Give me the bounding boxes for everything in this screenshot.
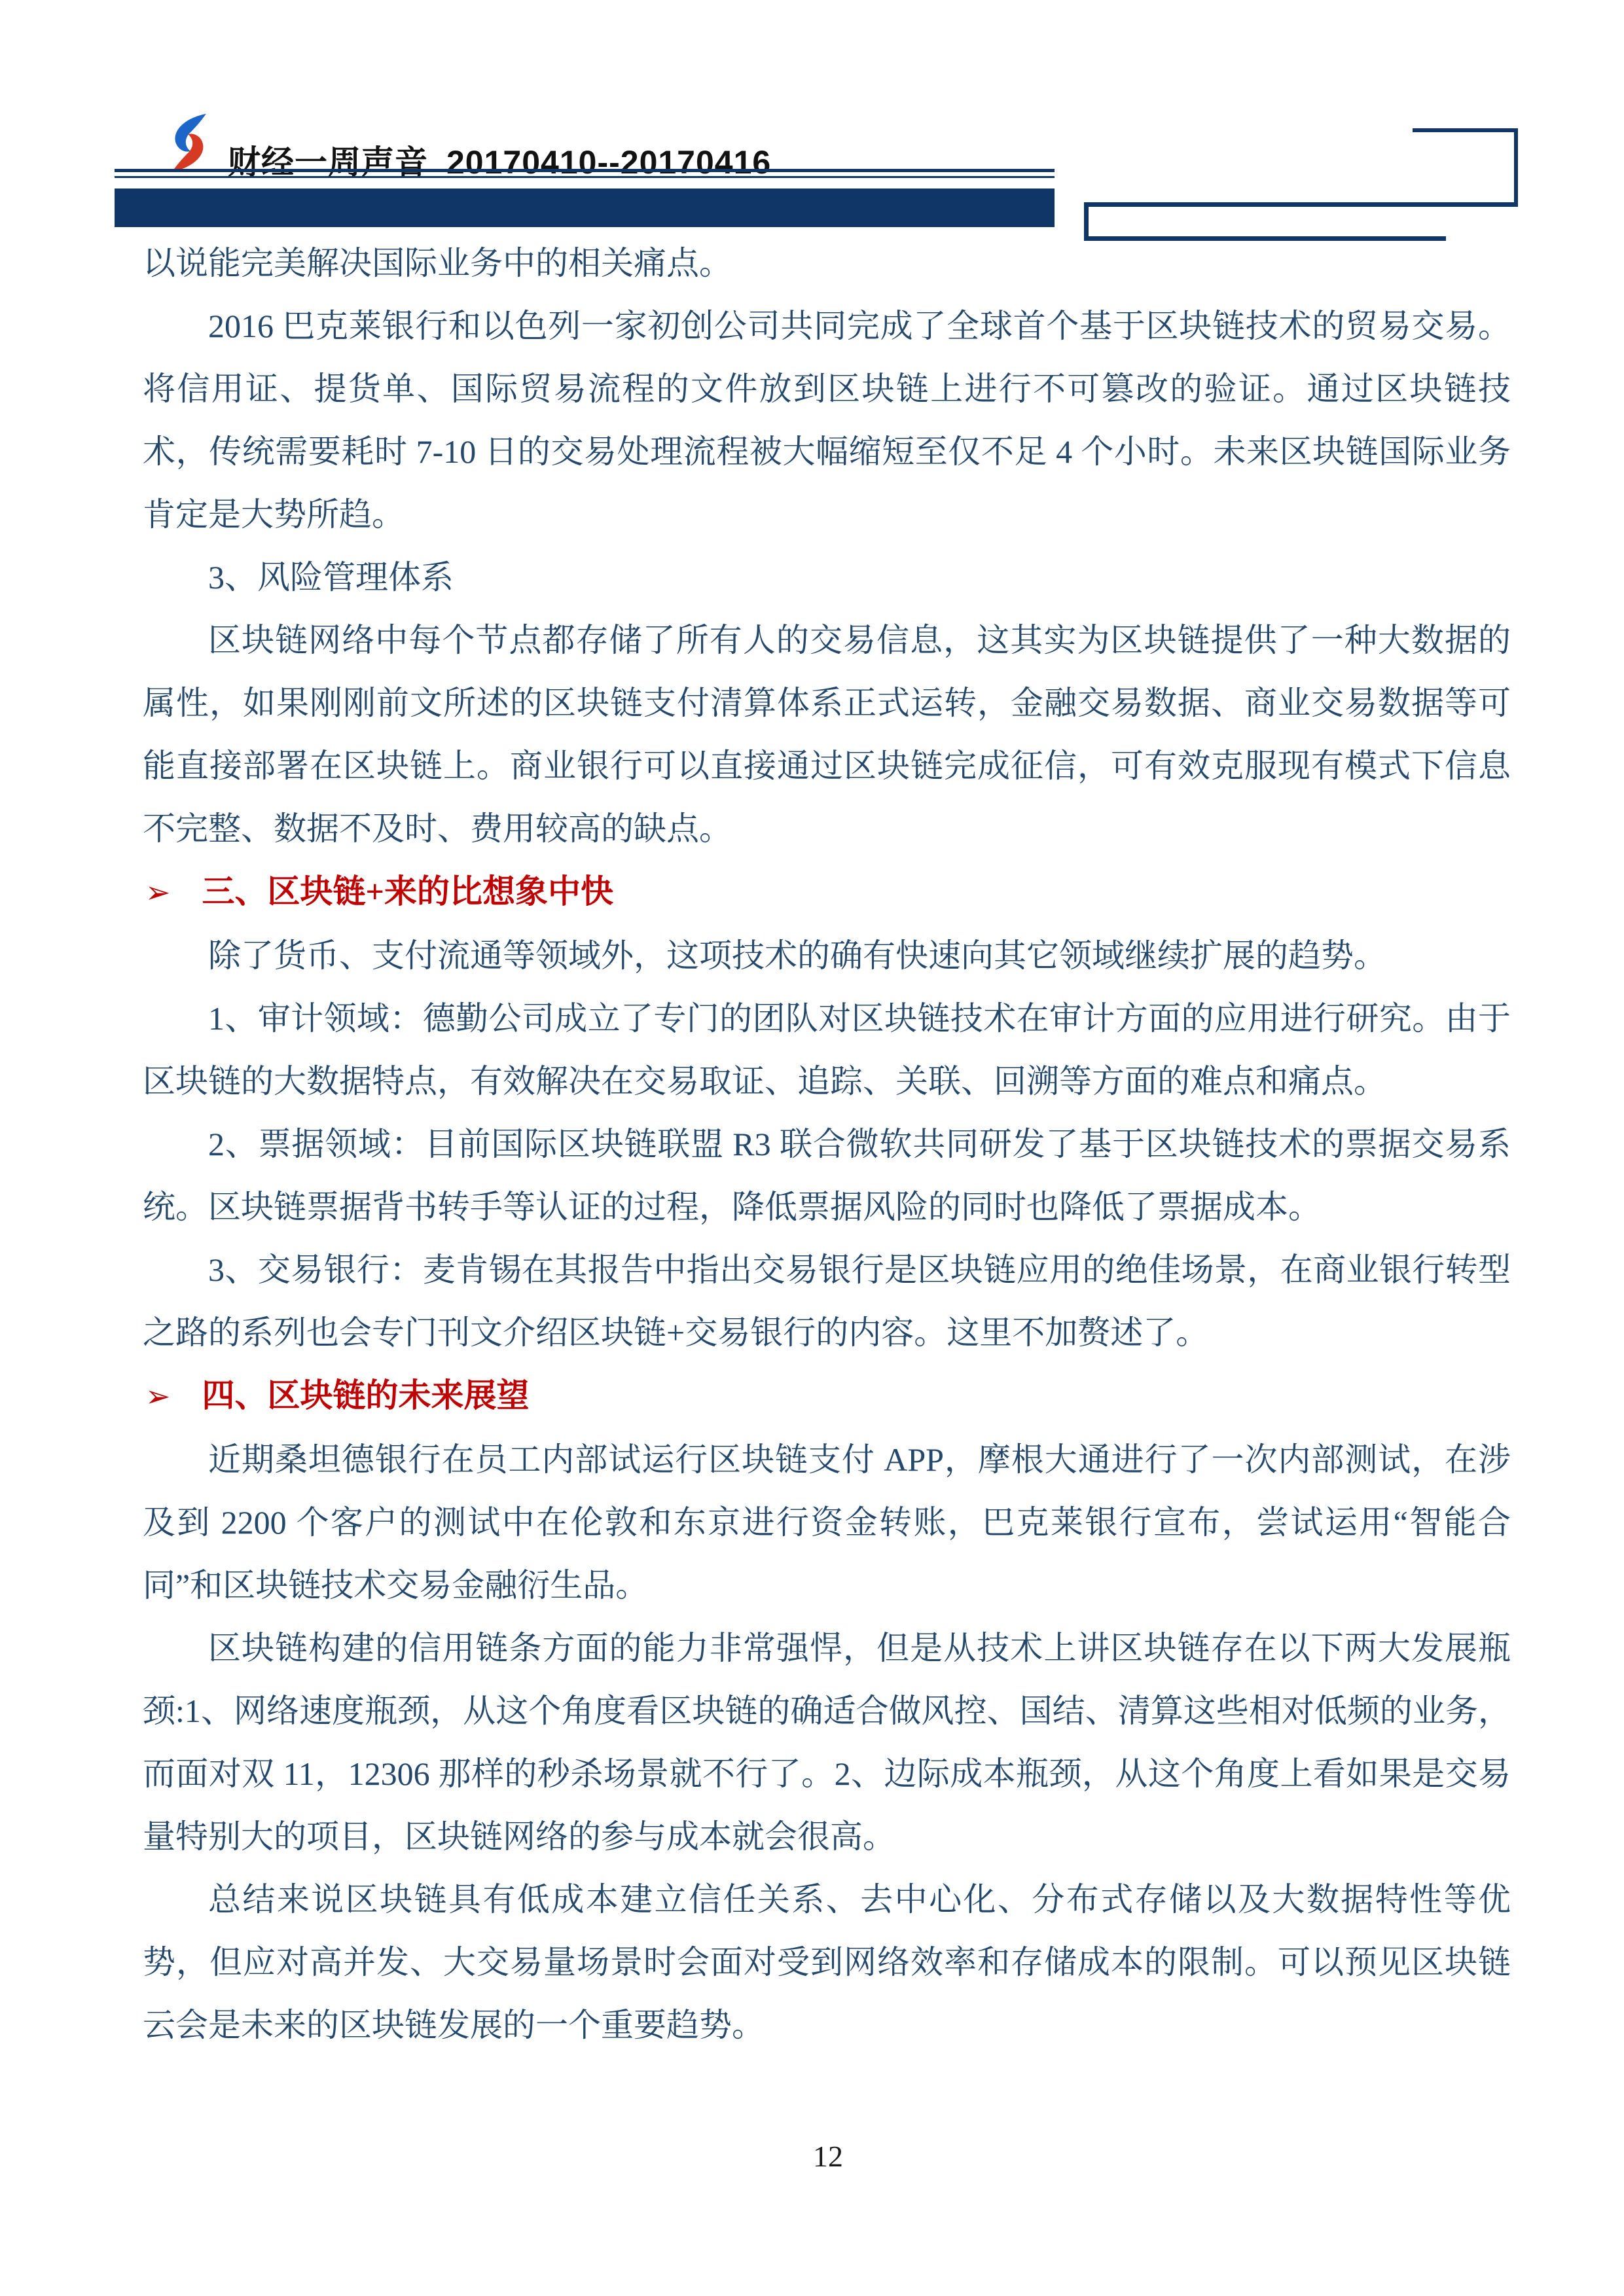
date-range: 20170410--20170416 [446, 144, 771, 181]
brand-logo-icon [159, 113, 219, 173]
body-paragraph: 3、交易银行：麦肯锡在其报告中指出交易银行是区块链应用的绝佳场景，在商业银行转型… [143, 1238, 1511, 1364]
section-heading-text: 三、区块链+来的比想象中快 [202, 873, 614, 910]
decor-box-right-line [1514, 128, 1518, 206]
section-heading-text: 四、区块链的未来展望 [202, 1377, 530, 1414]
banner-bar [115, 188, 1055, 227]
body-paragraph: 3、风险管理体系 [143, 546, 1511, 609]
article-body: 以说能完美解决国际业务中的相关痛点。2016 巴克莱银行和以色列一家初创公司共同… [143, 232, 1511, 2056]
body-paragraph: 以说能完美解决国际业务中的相关痛点。 [143, 232, 1511, 295]
arrow-bullet-icon: ➢ [145, 1365, 171, 1428]
body-paragraph: 区块链网络中每个节点都存储了所有人的交易信息，这其实为区块链提供了一种大数据的属… [143, 609, 1511, 860]
body-paragraph: 近期桑坦德银行在员工内部试运行区块链支付 APP，摩根大通进行了一次内部测试，在… [143, 1428, 1511, 1617]
body-paragraph: 2016 巴克莱银行和以色列一家初创公司共同完成了全球首个基于区块链技术的贸易交… [143, 295, 1511, 546]
body-paragraph: 总结来说区块链具有低成本建立信任关系、去中心化、分布式存储以及大数据特性等优势，… [143, 1868, 1511, 2056]
decor-box-top-line [1413, 128, 1518, 132]
page-number: 12 [0, 2139, 1624, 2174]
section-heading: ➢三、区块链+来的比想象中快 [143, 860, 1511, 924]
document-page: 财经一周声音20170410--20170416 以说能完美解决国际业务中的相关… [0, 0, 1624, 2296]
brand-name: 财经一周声音 [228, 144, 428, 181]
header-rule-bottom [115, 176, 1055, 178]
header-rule-top [115, 169, 1055, 172]
arrow-bullet-icon: ➢ [145, 861, 171, 924]
body-paragraph: 1、审计领域：德勤公司成立了专门的团队对区块链技术在审计方面的应用进行研究。由于… [143, 987, 1511, 1113]
body-paragraph: 2、票据领域：目前国际区块链联盟 R3 联合微软共同研发了基于区块链技术的票据交… [143, 1113, 1511, 1238]
section-heading: ➢四、区块链的未来展望 [143, 1364, 1511, 1428]
body-paragraph: 除了货币、支付流通等领域外，这项技术的确有快速向其它领域继续扩展的趋势。 [143, 924, 1511, 987]
decor-box-middle-line [1084, 202, 1518, 207]
body-paragraph: 区块链构建的信用链条方面的能力非常强悍，但是从技术上讲区块链存在以下两大发展瓶颈… [143, 1617, 1511, 1868]
